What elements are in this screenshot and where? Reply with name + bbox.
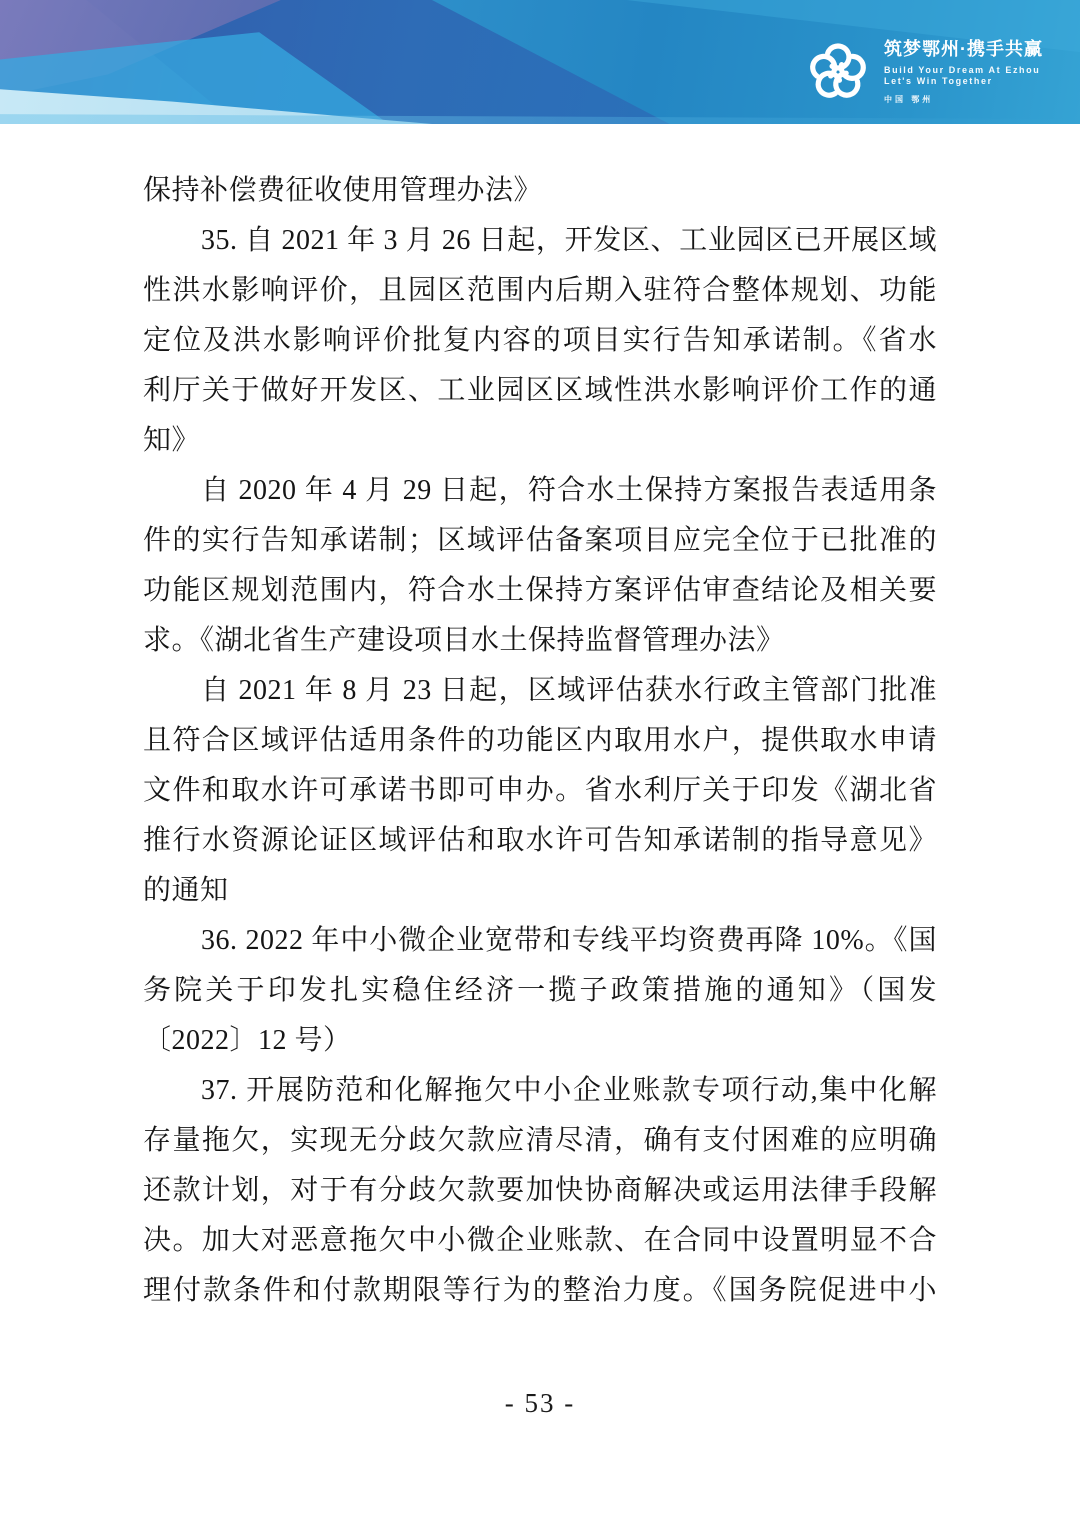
brand-logo: 筑梦鄂州·携手共赢 Build Your Dream At Ezhou Let'…: [806, 38, 1043, 105]
text-line: 35. 自 2021 年 3 月 26 日起，开发区、工业园区已开展区域: [143, 216, 937, 266]
text-line: 且符合区域评估适用条件的功能区内取用水户，提供取水申请: [143, 716, 937, 766]
text-line: 还款计划，对于有分歧欠款要加快协商解决或运用法律手段解: [143, 1166, 937, 1216]
brand-slogan-en-line1: Build Your Dream At Ezhou: [884, 65, 1043, 76]
text-line: 的通知: [143, 866, 937, 916]
text-line: 务院关于印发扎实稳住经济一揽子政策措施的通知》（国发: [143, 966, 937, 1016]
text-line: 定位及洪水影响评价批复内容的项目实行告知承诺制。《省水: [143, 316, 937, 366]
text-line: 推行水资源论证区域评估和取水许可告知承诺制的指导意见》: [143, 816, 937, 866]
text-line: 知》: [143, 416, 937, 466]
text-line: 存量拖欠，实现无分歧欠款应清尽清，确有支付困难的应明确: [143, 1116, 937, 1166]
text-line: 36. 2022 年中小微企业宽带和专线平均资费再降 10%。《国: [143, 916, 937, 966]
text-line: 保持补偿费征收使用管理办法》: [143, 166, 937, 216]
brand-slogan-cn: 筑梦鄂州·携手共赢: [884, 38, 1043, 60]
brand-text-block: 筑梦鄂州·携手共赢 Build Your Dream At Ezhou Let'…: [884, 38, 1043, 105]
text-line: 理付款条件和付款期限等行为的整治力度。《国务院促进中小: [143, 1266, 937, 1316]
page-number: - 53 -: [0, 1383, 1080, 1423]
header-banner: 筑梦鄂州·携手共赢 Build Your Dream At Ezhou Let'…: [0, 0, 1080, 124]
brand-slogan-en-line2: Let's Win Together: [884, 76, 1043, 87]
document-text: 保持补偿费征收使用管理办法》 35. 自 2021 年 3 月 26 日起，开发…: [143, 166, 937, 1316]
text-line: 自 2020 年 4 月 29 日起，符合水土保持方案报告表适用条: [143, 466, 937, 516]
document-page: 筑梦鄂州·携手共赢 Build Your Dream At Ezhou Let'…: [0, 0, 1080, 1528]
text-line: 〔2022〕12 号）: [143, 1016, 937, 1066]
text-line: 求。《湖北省生产建设项目水土保持监督管理办法》: [143, 616, 937, 666]
text-line: 文件和取水许可承诺书即可申办。省水利厅关于印发《湖北省: [143, 766, 937, 816]
text-line: 利厅关于做好开发区、工业园区区域性洪水影响评价工作的通: [143, 366, 937, 416]
text-line: 37. 开展防范和化解拖欠中小企业账款专项行动,集中化解: [143, 1066, 937, 1116]
plum-blossom-flower-icon: [806, 40, 870, 104]
text-line: 性洪水影响评价，且园区范围内后期入驻符合整体规划、功能: [143, 266, 937, 316]
brand-subtitle: 中国 鄂州: [884, 94, 1043, 105]
text-line: 件的实行告知承诺制；区域评估备案项目应完全位于已批准的: [143, 516, 937, 566]
text-line: 自 2021 年 8 月 23 日起，区域评估获水行政主管部门批准: [143, 666, 937, 716]
text-line: 功能区规划范围内，符合水土保持方案评估审查结论及相关要: [143, 566, 937, 616]
text-line: 决。加大对恶意拖欠中小微企业账款、在合同中设置明显不合: [143, 1216, 937, 1266]
